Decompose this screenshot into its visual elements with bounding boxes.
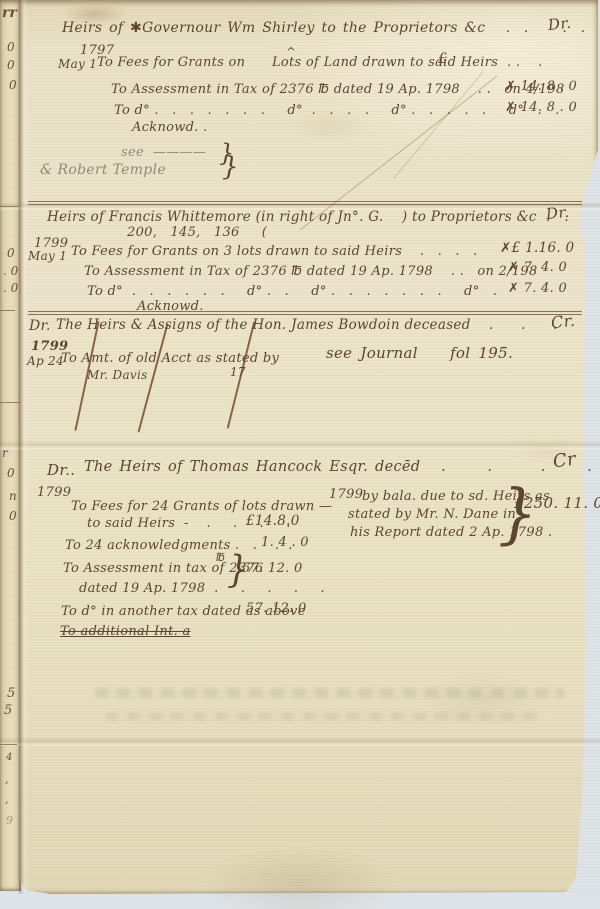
- whittemore-lot-numbers: 200, 145, 136 (: [127, 226, 267, 240]
- whittemore-amount: ✗ 7. 4. 0: [508, 282, 567, 296]
- strip-fragment: ,: [5, 793, 9, 806]
- section-divider-rule: [28, 314, 582, 315]
- hancock-debit-line: To 24 acknowledgments . . . .: [65, 539, 293, 553]
- strip-fragment: 0: [7, 58, 15, 72]
- whittemore-acknowledged-note: Acknowd.: [137, 300, 204, 314]
- hancock-debit-amount: 1. 4 . 0: [261, 536, 309, 550]
- hancock-debit-line: dated 19 Ap. 1798 . . . . .: [79, 582, 325, 596]
- strip-rule: [0, 206, 19, 207]
- bleed-through-text: [95, 688, 565, 698]
- strip-rule: [0, 402, 20, 403]
- bowdoin-entry-line: Mr. Davis: [87, 369, 148, 382]
- strip-fragment: rr: [2, 5, 17, 21]
- whittemore-entry-line: To Assessment in Tax of 2376 ℔ dated 19 …: [84, 265, 538, 279]
- shirley-acknowledged-note: Acknowd. .: [132, 121, 208, 135]
- strip-fragment: 5: [7, 686, 15, 701]
- hancock-account-title: The Heirs of Thomas Hancock Esqr. decēd …: [84, 460, 600, 476]
- section-divider-rule: [28, 204, 582, 205]
- bowdoin-account-title: The Heirs & Assigns of the Hon. James Bo…: [56, 318, 558, 333]
- shirley-account-title: Heirs of ✱Governour Wm Shirley to the Pr…: [62, 21, 600, 36]
- strip-fragment: 9: [6, 814, 13, 827]
- shirley-entry-date: May 1: [58, 58, 97, 71]
- strip-fragment: ,: [5, 773, 9, 786]
- strip-fragment: . 0: [3, 264, 18, 278]
- pencil-brace: }: [222, 154, 239, 180]
- shirley-amount: ✗ 14. 8 . 0: [505, 80, 577, 94]
- strip-rule: [0, 744, 17, 745]
- whittemore-entry-line: To Fees for Grants on 3 lots drawn to sa…: [71, 245, 478, 259]
- shirley-amount: ✗ 14. 8 . 0: [505, 101, 577, 115]
- strip-fragment: r: [2, 446, 8, 460]
- hancock-credit-year: 1799: [329, 488, 363, 502]
- grouping-brace: }: [498, 481, 537, 546]
- strip-fragment: 0: [9, 78, 17, 92]
- hancock-debit-label: Dr..: [47, 462, 75, 479]
- weight-symbol-superscript: ℔: [216, 552, 225, 564]
- ledger-page-paper: [20, 0, 598, 894]
- strip-fragment: 0: [7, 40, 15, 54]
- hancock-debit-amount: 57. 12. 0: [242, 562, 303, 576]
- hancock-struck-line: To additional Int. a: [60, 625, 191, 639]
- hancock-credit-label: Cr: [552, 449, 578, 472]
- whittemore-account-title: Heirs of Francis Whittemore (in right of…: [47, 210, 569, 225]
- hancock-year: 1799: [37, 486, 71, 500]
- strip-fragment: 5: [4, 703, 12, 718]
- hancock-debit-amount: 57. 12. 0: [246, 602, 307, 616]
- hancock-credit-line: stated by Mr. N. Dane in: [348, 508, 516, 522]
- shirley-entry-line: To Fees for Grants on Lots of Land drawn…: [97, 56, 543, 70]
- shirley-entry-line: To Assessment in Tax of 2376 ℔ dated 19 …: [111, 83, 565, 97]
- pencil-see-note: see ————: [121, 146, 206, 160]
- hancock-credit-amount: £250. 11. 0: [514, 495, 600, 512]
- bowdoin-debit-label: Dr.: [29, 319, 51, 334]
- bowdoin-entry-date: Ap 24: [27, 355, 64, 368]
- whittemore-entry-line: To d° . . . . . . d° . . d° . . . . . . …: [87, 285, 497, 299]
- bleed-through-text: [105, 712, 545, 721]
- whittemore-amount: ✗ 7. 4. 0: [508, 261, 567, 275]
- pencil-robert-temple-note: & Robert Temple: [40, 163, 166, 178]
- shirley-debit-label: Dr.: [547, 15, 572, 34]
- whittemore-amount: ✗£ 1.16. 0: [500, 241, 574, 256]
- section-divider-rule: [28, 311, 582, 312]
- strip-fragment: 4: [6, 752, 12, 763]
- hancock-debit-amount: £14.8.0: [246, 514, 300, 529]
- strip-fragment: 0: [7, 246, 15, 260]
- bowdoin-journal-reference: see Journal fol 195.: [326, 345, 513, 362]
- section-divider-rule: [28, 201, 582, 202]
- strip-fragment: 0: [9, 509, 17, 523]
- strip-fragment: . 0: [3, 281, 18, 295]
- strip-fragment: 0: [7, 466, 15, 480]
- bowdoin-credit-label: Cr.: [550, 312, 576, 332]
- whittemore-entry-date: May 1: [28, 250, 67, 263]
- strip-fragment: n: [9, 489, 17, 503]
- whittemore-debit-label: Dr.: [545, 204, 570, 223]
- shirley-entry-line: To d° . . . . . . . d° . . . . d° . . . …: [114, 104, 560, 118]
- strip-rule: [0, 310, 15, 311]
- manuscript-photo: rr 0 0 0 0 . 0 . 0 r 0 n 0 5 5 4 , , 9 H…: [0, 0, 600, 909]
- shirley-currency-sign: £: [438, 52, 447, 67]
